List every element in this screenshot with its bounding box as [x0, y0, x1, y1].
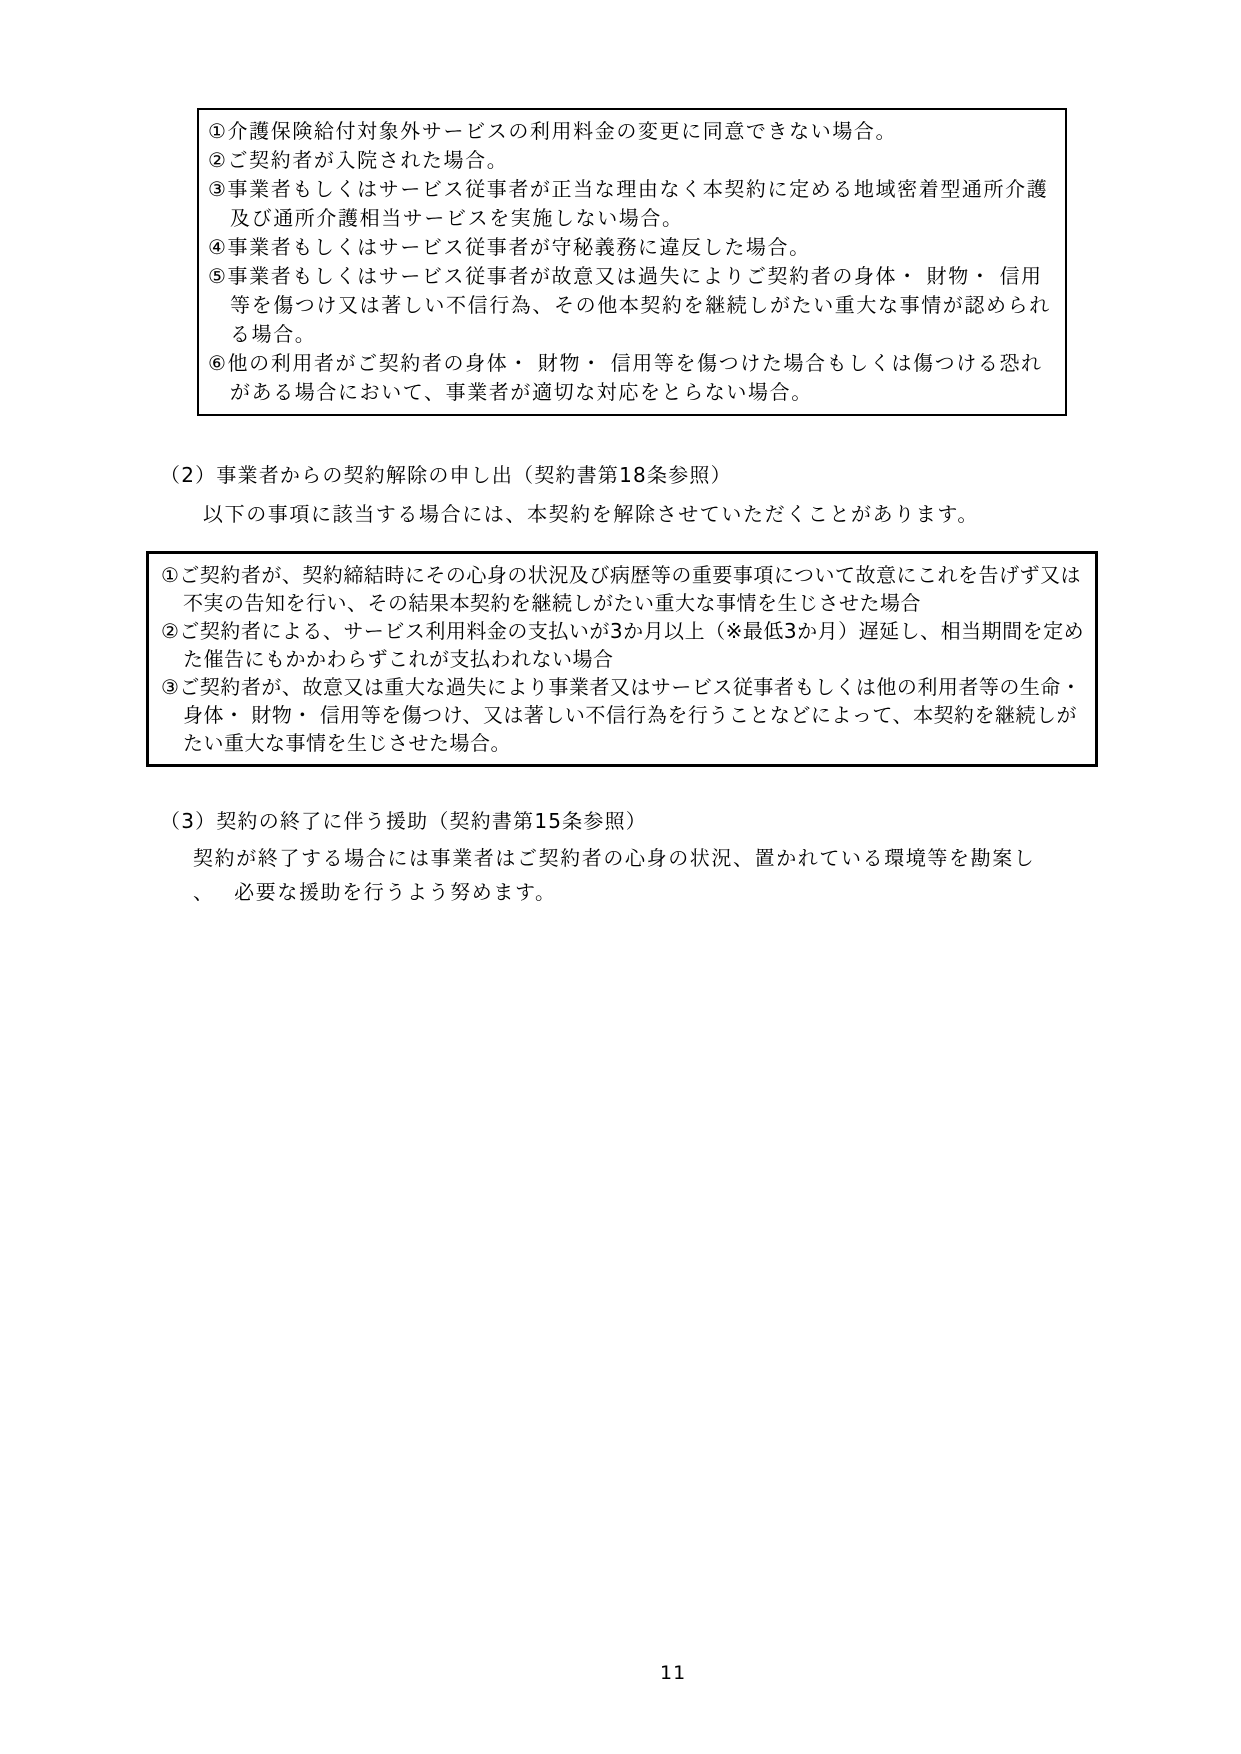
condition-item-5: ⑤事業者もしくはサービス従事者が故意又は過失によりご契約者の身体・ 財物・ 信用…	[208, 262, 1055, 349]
section-3-heading: （3）契約の終了に伴う援助（契約書第15条参照）	[160, 805, 647, 834]
provider-condition-item-2: ②ご契約者による、サービス利用料金の支払いが3か月以上（※最低3か月）遅延し、相…	[161, 617, 1085, 673]
condition-item-3: ③事業者もしくはサービス従事者が正当な理由なく本契約に定める地域密着型通所介護及…	[208, 175, 1055, 233]
user-termination-conditions-box: ①介護保険給付対象外サービスの利用料金の変更に同意できない場合。 ②ご契約者が入…	[197, 108, 1067, 416]
condition-item-2: ②ご契約者が入院された場合。	[208, 146, 1055, 175]
provider-termination-conditions-box: ①ご契約者が、契約締結時にその心身の状況及び病歴等の重要事項について故意にこれを…	[146, 551, 1098, 767]
condition-item-6: ⑥他の利用者がご契約者の身体・ 財物・ 信用等を傷つけた場合もしくは傷つける恐れ…	[208, 349, 1055, 407]
section-3-body-line-2: 、 必要な援助を行うよう努めます。	[193, 875, 1035, 909]
section-3-body: 契約が終了する場合には事業者はご契約者の心身の状況、置かれている環境等を勘案し …	[193, 841, 1035, 909]
condition-item-1: ①介護保険給付対象外サービスの利用料金の変更に同意できない場合。	[208, 117, 1055, 146]
condition-item-4: ④事業者もしくはサービス従事者が守秘義務に違反した場合。	[208, 233, 1055, 262]
section-2-intro-text: 以下の事項に該当する場合には、本契約を解除させていただくことがあります。	[203, 498, 979, 527]
page-number: 11	[660, 1662, 686, 1684]
contract-document-page: ①介護保険給付対象外サービスの利用料金の変更に同意できない場合。 ②ご契約者が入…	[0, 0, 1241, 1754]
provider-condition-item-3: ③ご契約者が、故意又は重大な過失により事業者又はサービス従事者もしくは他の利用者…	[161, 673, 1085, 757]
provider-condition-item-1: ①ご契約者が、契約締結時にその心身の状況及び病歴等の重要事項について故意にこれを…	[161, 561, 1085, 617]
section-3-body-line-1: 契約が終了する場合には事業者はご契約者の心身の状況、置かれている環境等を勘案し	[193, 841, 1035, 875]
section-2-heading: （2）事業者からの契約解除の申し出（契約書第18条参照）	[160, 459, 732, 488]
